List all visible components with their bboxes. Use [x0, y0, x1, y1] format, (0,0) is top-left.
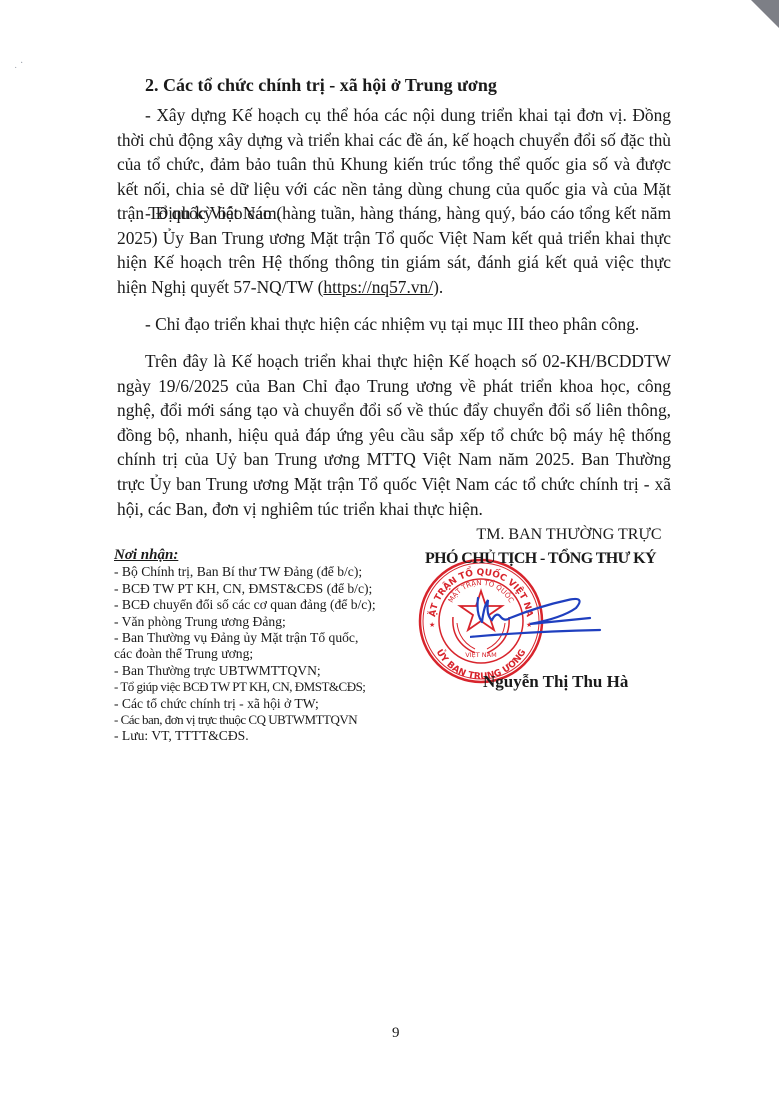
recipient-item: - BCĐ TW PT KH, CN, ĐMST&CĐS (để b/c); — [114, 581, 414, 597]
recipient-item: - Ban Thường vụ Đảng ủy Mặt trận Tổ quốc… — [114, 630, 414, 646]
recipient-item: - Các tổ chức chính trị - xã hội ở TW; — [114, 696, 414, 712]
paragraph-periodic-report: - Định kỳ báo cáo (hàng tuần, hàng tháng… — [117, 201, 671, 299]
recipient-item: - Bộ Chính trị, Ban Bí thư TW Đảng (để b… — [114, 564, 414, 580]
scan-speck: ˙ — [14, 66, 17, 77]
recipient-item: - Ban Thường trực UBTWMTTQVN; — [114, 663, 414, 679]
nq57-link[interactable]: https://nq57.vn/ — [323, 277, 433, 297]
recipient-item: - BCĐ chuyển đổi số các cơ quan đảng (để… — [114, 597, 414, 613]
signature-title: PHÓ CHỦ TỊCH - TỔNG THƯ KÝ — [425, 550, 656, 568]
page-number: 9 — [392, 1025, 400, 1042]
signer-name: Nguyễn Thị Thu Hà — [483, 672, 628, 692]
recipient-item: - Lưu: VT, TTTT&CĐS. — [114, 728, 414, 744]
recipient-item: các đoàn thể Trung ương; — [114, 646, 414, 662]
recipients-title: Nơi nhận: — [114, 547, 414, 563]
closing-paragraph: Trên đây là Kế hoạch triển khai thực hiệ… — [117, 349, 671, 521]
page-corner-fold — [751, 0, 779, 28]
recipient-item: - Văn phòng Trung ương Đảng; — [114, 614, 414, 630]
document-page: · ˙ 2. Các tổ chức chính trị - xã hội ở … — [0, 0, 779, 1103]
handwritten-signature-icon — [470, 588, 610, 648]
svg-text:★: ★ — [429, 621, 435, 629]
recipient-item: - Các ban, đơn vị trực thuộc CQ UBTWMTTQ… — [114, 712, 414, 728]
section-heading: 2. Các tổ chức chính trị - xã hội ở Trun… — [145, 75, 497, 96]
paragraph-direct-tasks: - Chỉ đạo triển khai thực hiện các nhiệm… — [117, 312, 671, 337]
recipients-list: Nơi nhận: - Bộ Chính trị, Ban Bí thư TW … — [114, 547, 414, 745]
svg-text:VIỆT NAM: VIỆT NAM — [465, 650, 496, 659]
signature-on-behalf: TM. BAN THƯỜNG TRỰC — [419, 526, 719, 544]
scan-speck: · — [20, 58, 23, 69]
report-text-end: ). — [433, 277, 443, 297]
recipient-item: - Tổ giúp việc BCĐ TW PT KH, CN, ĐMST&CĐ… — [114, 679, 414, 695]
